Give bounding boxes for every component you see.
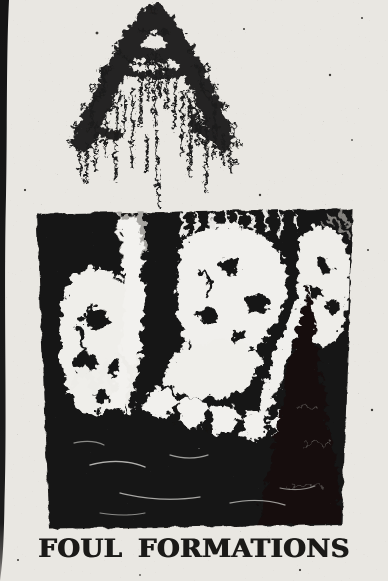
cassette-cover: FOUL FORMATIONS [0, 0, 388, 581]
album-title: FOUL FORMATIONS [0, 534, 388, 563]
band-logo [55, 2, 250, 210]
scan-edge-strip [0, 0, 14, 581]
photo-grain [30, 203, 358, 533]
cover-artwork [30, 203, 358, 533]
